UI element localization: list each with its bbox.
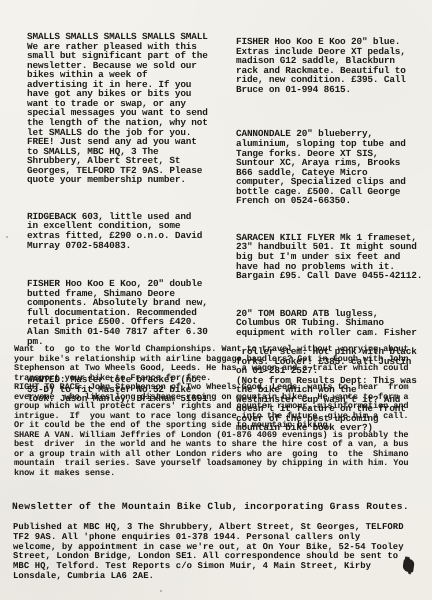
scan-speck: [160, 590, 162, 592]
smalls-intro-text: SMALLS SMALLS SMALLS SMALLS SMALL We are…: [27, 32, 229, 185]
ad-cannondale: CANNONDALE 20" blueberry, aluminium, slo…: [236, 129, 432, 205]
newsletter-masthead-line: Newsletter of the Mountain Bike Club, in…: [12, 501, 409, 512]
ad-fisher-blue: FISHER Hoo Koo E Koo 20" blue. Extras in…: [236, 37, 432, 94]
ad-saracen: SARACEN KILI FLYER Mk 1 frameset, 23" ha…: [236, 233, 432, 281]
ink-smudge-mark: [402, 558, 415, 572]
ad-fisher-frame: FISHER Hoo Koo E Koo, 20" double butted …: [27, 279, 229, 346]
notices-paragraphs: Want to go to the World Championships. W…: [14, 345, 426, 478]
colophon-text: Published at MBC HQ, 3 The Shrubbery, Al…: [13, 523, 418, 582]
scan-speck: [292, 339, 294, 340]
ad-ridgeback: RIDGEBACK 603, little used and in excell…: [27, 212, 229, 250]
scan-speck: [6, 236, 8, 238]
scanned-newsletter-page: SMALLS SMALLS SMALLS SMALLS SMALL We are…: [0, 0, 432, 600]
